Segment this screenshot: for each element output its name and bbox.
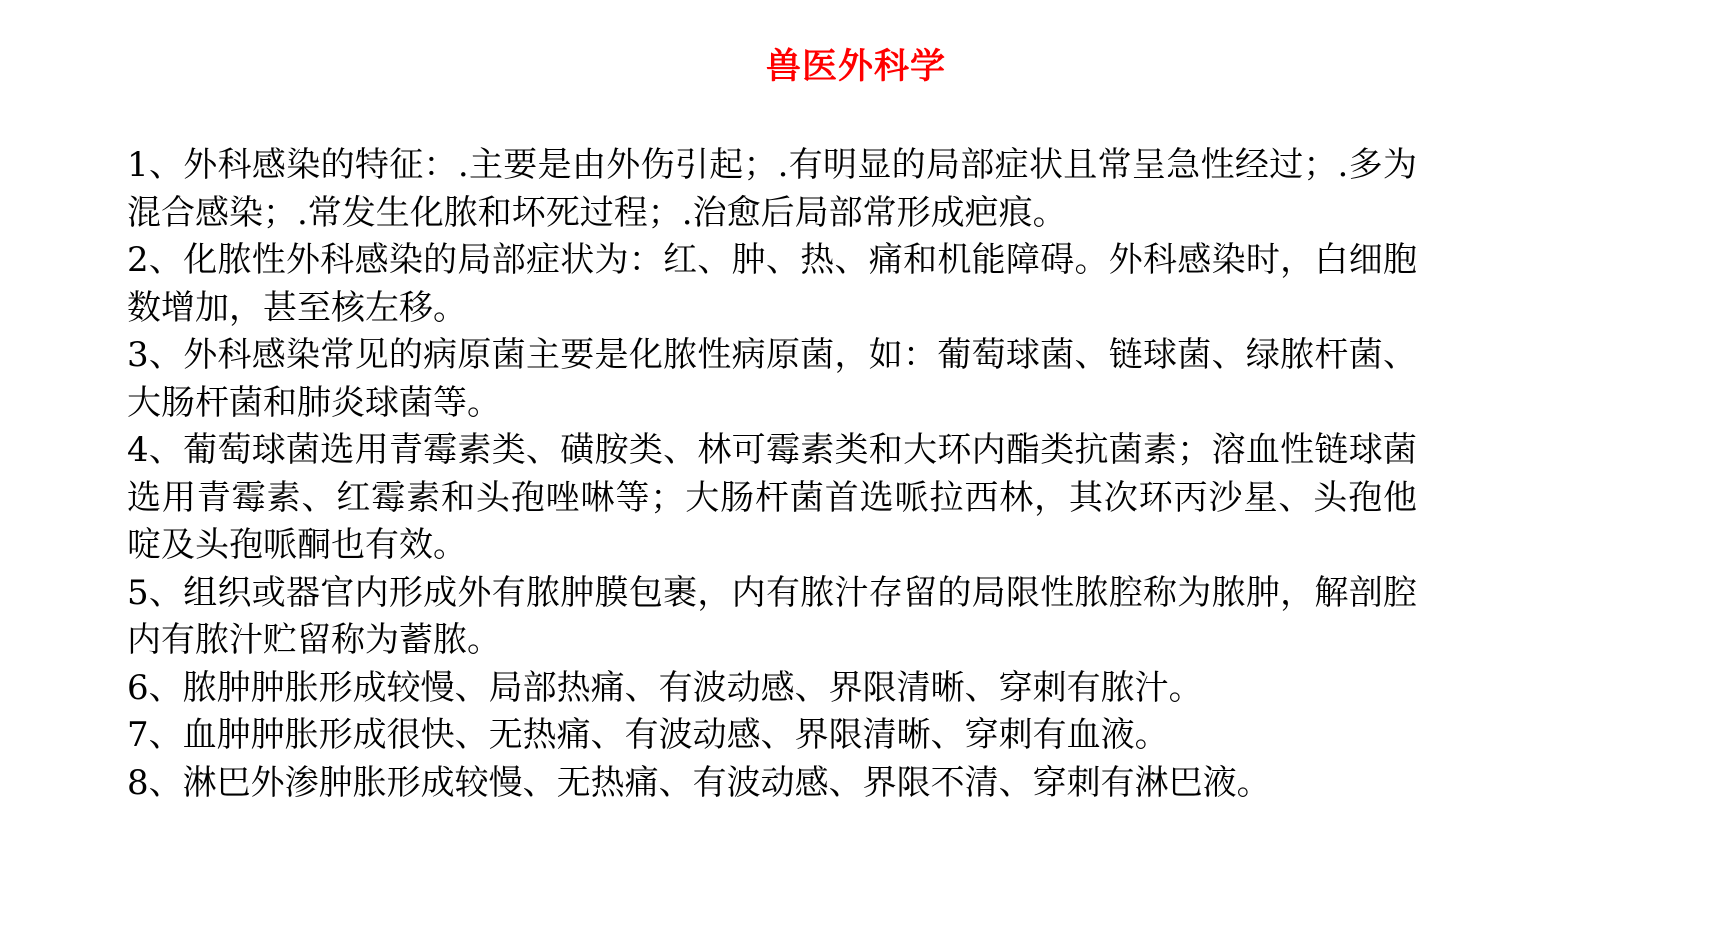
document-title: 兽医外科学 [0,0,1712,88]
document-body: 1、外科感染的特征：.主要是由外伤引起；.有明显的局部症状且常呈急性经过；.多为… [127,142,1417,807]
document-page: 兽医外科学 1、外科感染的特征：.主要是由外伤引起；.有明显的局部症状且常呈急性… [0,0,1712,936]
document-paragraph-1: 1、外科感染的特征：.主要是由外伤引起；.有明显的局部症状且常呈急性经过；.多为… [127,142,1417,237]
document-paragraph-4: 4、葡萄球菌选用青霉素类、磺胺类、林可霉素类和大环内酯类抗菌素；溶血性链球菌选用… [127,427,1417,570]
document-paragraph-3: 3、外科感染常见的病原菌主要是化脓性病原菌，如：葡萄球菌、链球菌、绿脓杆菌、大肠… [127,332,1417,427]
document-paragraph-7: 7、血肿肿胀形成很快、无热痛、有波动感、界限清晰、穿刺有血液。 [127,712,1417,760]
document-paragraph-6: 6、脓肿肿胀形成较慢、局部热痛、有波动感、界限清晰、穿刺有脓汁。 [127,665,1417,713]
document-paragraph-5: 5、组织或器官内形成外有脓肿膜包裹，内有脓汁存留的局限性脓腔称为脓肿，解剖腔内有… [127,570,1417,665]
document-paragraph-2: 2、化脓性外科感染的局部症状为：红、肿、热、痛和机能障碍。外科感染时，白细胞数增… [127,237,1417,332]
document-paragraph-8: 8、淋巴外渗肿胀形成较慢、无热痛、有波动感、界限不清、穿刺有淋巴液。 [127,760,1417,808]
